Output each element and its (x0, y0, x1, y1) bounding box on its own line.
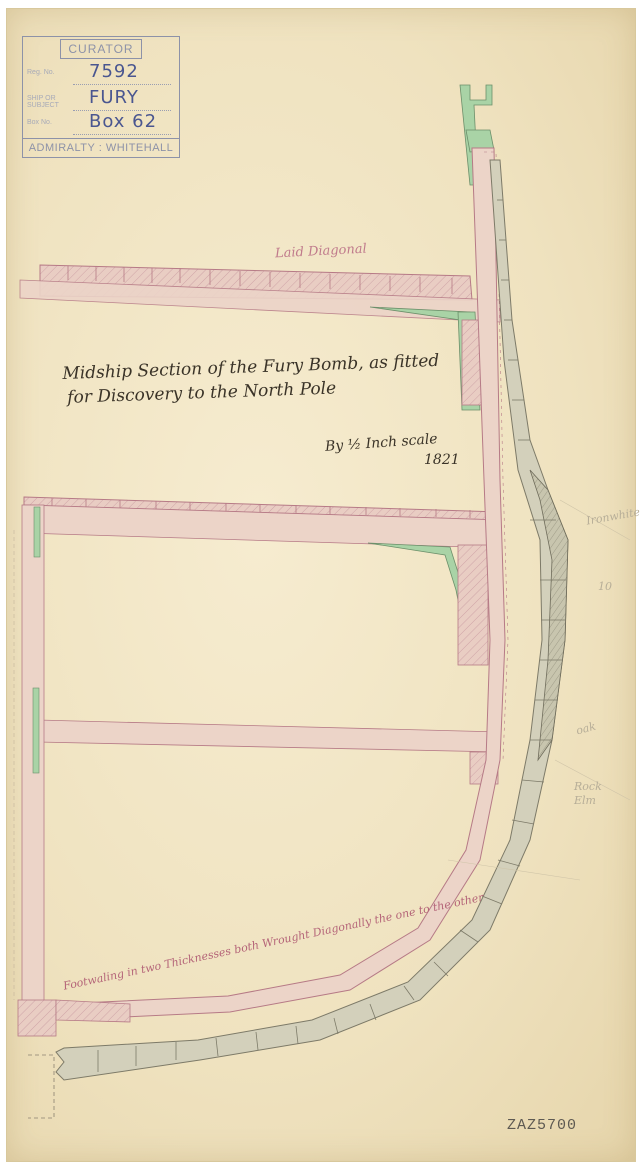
pencil-note-rock-elm: Rock Elm (574, 780, 614, 808)
middle-deck (24, 497, 500, 665)
stamp-footer: ADMIRALTY : WHITEHALL (23, 138, 179, 157)
plan-year: 1821 (424, 452, 460, 468)
stamp-row-subject: SHIP OR SUBJECT FURY (27, 89, 175, 113)
curator-stamp: CURATOR Reg. No. 7592 SHIP OR SUBJECT FU… (22, 36, 180, 158)
catalogue-number: ZAZ5700 (507, 1117, 577, 1134)
lower-beam (38, 720, 500, 795)
subject-value: FURY (89, 87, 139, 108)
box-value: Box 62 (89, 111, 157, 132)
pencil-note-ten: 10 (598, 580, 612, 593)
stamp-row-reg-no: Reg. No. 7592 (27, 63, 175, 87)
stamp-header: CURATOR (60, 39, 142, 59)
stamp-row-box: Box No. Box 62 (27, 113, 175, 137)
centre-pillar (14, 505, 44, 1005)
midship-section-drawing (0, 0, 640, 1166)
reg-no-value: 7592 (89, 61, 139, 82)
